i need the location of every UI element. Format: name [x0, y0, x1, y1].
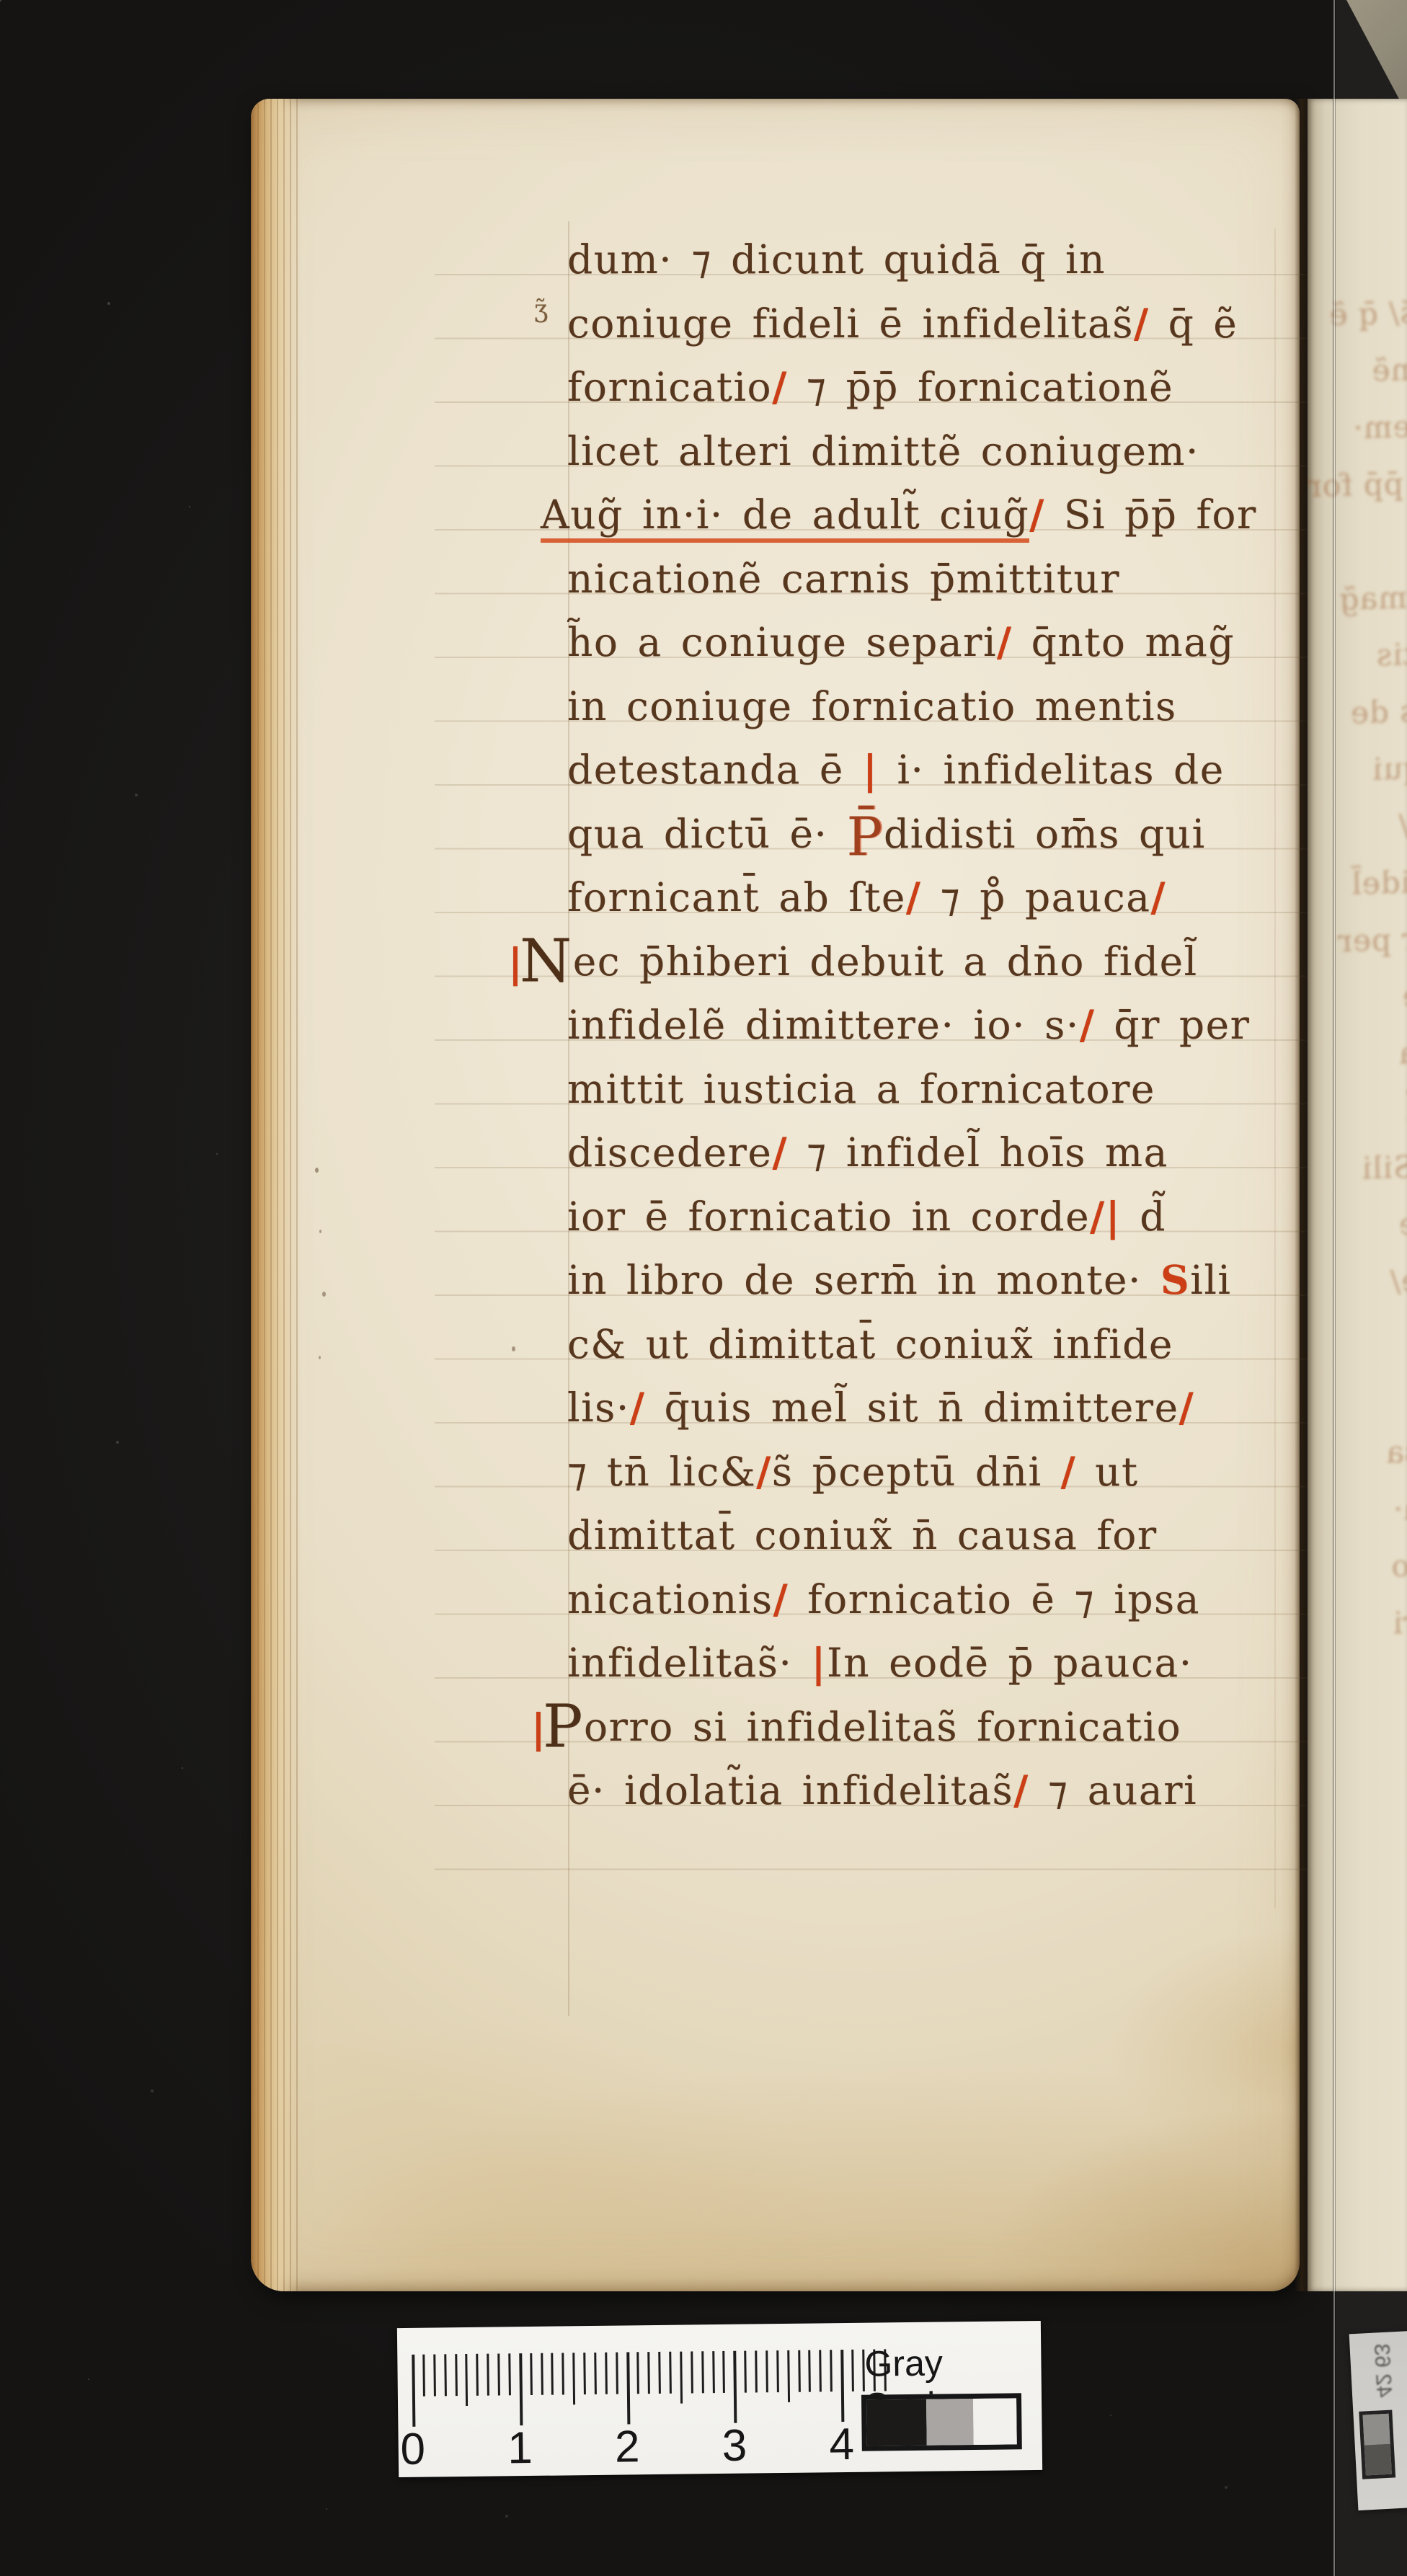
- manuscript-line: ē· idolat̃ia infidelitas̃/ ⁊ auari: [567, 1759, 1310, 1823]
- ruler-tick: [551, 2353, 554, 2395]
- manuscript-line: licet alteri dimittẽ coniugem·: [567, 419, 1310, 484]
- ruler-tick: [798, 2350, 801, 2392]
- margin-mark: |: [531, 1697, 547, 1761]
- ruler-tick: [776, 2350, 779, 2392]
- ruler-tick: [412, 2355, 415, 2427]
- patch-gray: [1363, 2414, 1390, 2446]
- ruler-number: 2: [605, 2425, 649, 2470]
- manuscript-line: infidelitas̃· |In eodē p̄ pauca·: [567, 1631, 1310, 1695]
- ruler-tick: [648, 2352, 651, 2394]
- margin-mark: ʒ̃: [534, 277, 549, 342]
- ruler-number: 4: [820, 2422, 864, 2468]
- glass-tint: [1336, 0, 1407, 2576]
- manuscript-line: |Porro si infidelitas̃ fornicatio: [543, 1695, 1310, 1759]
- ruler-tick: [572, 2353, 575, 2404]
- ruler-tick: [583, 2353, 586, 2394]
- ruler-tick: [819, 2350, 822, 2391]
- ruler-tick: [626, 2352, 630, 2424]
- ruler-tick: [487, 2354, 489, 2396]
- manuscript-line: h̃o a coniuge separi/ q̄nto mag̃: [567, 610, 1310, 675]
- ruler-tick: [809, 2350, 812, 2392]
- manuscript-line: |Nec p̄hiberi debuit a dn̄o fidel̃: [520, 930, 1310, 994]
- ruler-number: 1: [498, 2426, 542, 2471]
- ruler-tick: [466, 2354, 469, 2406]
- ruler-numbers: [397, 2321, 1041, 2328]
- ruler-tick: [691, 2351, 693, 2393]
- grayscale-patches: [861, 2393, 1022, 2451]
- ruler-tick: [851, 2350, 854, 2391]
- ruler-tick: [541, 2353, 543, 2395]
- manuscript-line: in libro de serm̄ in monte· Sili: [567, 1248, 1310, 1313]
- background-speckles: [0, 0, 1, 1]
- text-block: dum· ⁊ dicunt quidā q̄ inʒ̃coniuge fidel…: [567, 228, 1310, 1823]
- ruler-tick: [744, 2351, 747, 2393]
- ruler-tick: [669, 2352, 672, 2394]
- ruler-tick: [594, 2353, 597, 2394]
- manuscript-line: ʒ̃coniuge fideli ē infidelitas̃/ q̄ ẽ: [567, 292, 1310, 356]
- grayscale-patch-2: [973, 2398, 1017, 2445]
- ruler-tick: [616, 2353, 618, 2394]
- manuscript-line: detestanda ē | i· infidelitas de: [567, 738, 1310, 802]
- ruler-tick: [562, 2353, 565, 2394]
- manuscript-line: discedere/ ⁊ infidel̃ hoīs ma: [567, 1121, 1310, 1185]
- grayscale-patch-1: [926, 2399, 973, 2446]
- manuscript-line: lis·/ q̄uis mel̃ sit n̄ dimittere/: [567, 1376, 1310, 1440]
- ruler-tick: [637, 2352, 640, 2394]
- manuscript-line: ⁊ tn̄ lic&/s̃ p̄ceptū dn̄i / ut: [567, 1440, 1310, 1504]
- ruler-tick: [765, 2350, 768, 2392]
- parchment-flecks: [315, 1168, 319, 1173]
- ruler-card: Gray Scale 01234: [397, 2321, 1042, 2477]
- ruler-tick: [701, 2351, 704, 2393]
- manuscript-line: in coniuge fornicatio mentis: [567, 675, 1310, 739]
- ruler-tick: [755, 2350, 758, 2392]
- partial-card-text: 42 63: [1369, 2343, 1396, 2399]
- margin-mark: |: [508, 931, 524, 995]
- patch-dark: [1364, 2444, 1392, 2476]
- manuscript-line: mittit iusticia a fornicatore: [567, 1057, 1310, 1122]
- manuscript-line: nicationis/ fornicatio ē ⁊ ipsa: [567, 1568, 1310, 1632]
- partial-card-patch-box: [1359, 2410, 1395, 2479]
- ruler-tick: [422, 2355, 425, 2397]
- ruler-ticks: [397, 2349, 902, 2434]
- grayscale-patch-0: [866, 2399, 927, 2446]
- manuscript-line: dum· ⁊ dicunt quidā q̄ in: [567, 228, 1310, 292]
- ruler-tick: [444, 2354, 447, 2396]
- ruler-tick: [476, 2354, 479, 2396]
- ruler-tick: [830, 2350, 833, 2391]
- manuscript-line: infidelẽ dimittere· io· s·/ q̄r per: [567, 993, 1310, 1057]
- ruler-tick: [530, 2353, 533, 2395]
- ruler-tick: [840, 2350, 844, 2422]
- ruler-tick: [787, 2350, 790, 2402]
- ruler-tick: [712, 2351, 715, 2393]
- manuscript-line: fornicant̄ ab ſte/ ⁊ p̊ pauca/: [567, 866, 1310, 930]
- manuscript-line: qua dictū ē· P̄didisti om̄s qui: [567, 802, 1310, 866]
- ruler-tick: [733, 2351, 737, 2423]
- ruler-tick: [455, 2354, 458, 2396]
- manuscript-line: nicationẽ carnis p̄mittitur: [567, 547, 1310, 611]
- manuscript-line: dimittat̄ coniux̃ n̄ causa for: [567, 1504, 1310, 1568]
- partial-card-bottom-right: 42 63: [1349, 2331, 1407, 2510]
- manuscript-line: c& ut dimittat̄ coniux̃ infide: [567, 1313, 1310, 1377]
- ruler-tick: [680, 2352, 683, 2404]
- page-edge-left: [251, 99, 301, 2291]
- ruler-number: 0: [391, 2427, 435, 2472]
- ruler-tick: [497, 2353, 500, 2395]
- manuscript-page: dum· ⁊ dicunt quidā q̄ inʒ̃coniuge fidel…: [251, 99, 1300, 2291]
- ruler-tick: [519, 2353, 523, 2425]
- ruler-tick: [658, 2352, 661, 2394]
- ruler-tick: [723, 2351, 726, 2393]
- ruler-tick: [508, 2353, 511, 2395]
- ruler-number: 3: [713, 2423, 757, 2469]
- ruler-tick: [433, 2354, 436, 2396]
- manuscript-line: ior ē fornicatio in corde/| d̃: [567, 1185, 1310, 1249]
- ruler-tick: [605, 2353, 608, 2394]
- manuscript-line: Aug̃ in·i· de adult̃ ciug̃/ Si p̄p̄ for: [541, 483, 1310, 547]
- manuscript-line: fornicatio/ ⁊ p̄p̄ fornicationẽ: [567, 355, 1310, 419]
